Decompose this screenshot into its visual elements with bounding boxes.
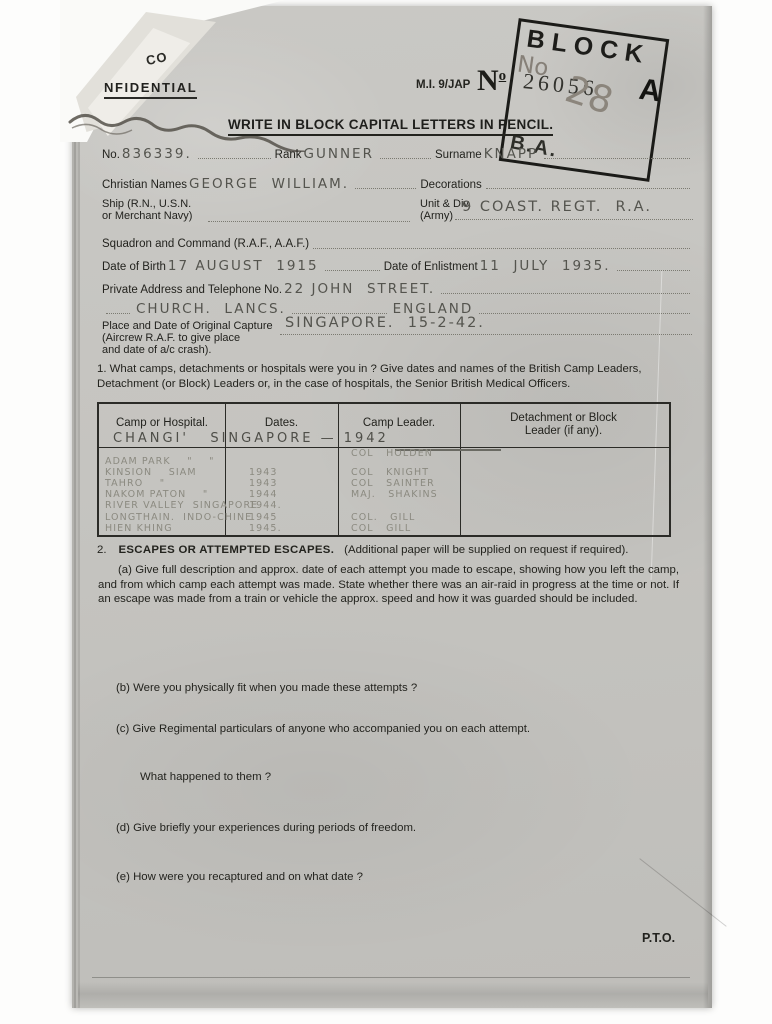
row-number-rank-surname: No. 836339. Rank GUNNER Surname KNAPP bbox=[102, 146, 694, 162]
camp-cell: NAKOM PATON " bbox=[105, 489, 208, 500]
question-1: 1. What camps, detachments or hospitals … bbox=[97, 362, 679, 391]
decorations-label: Decorations bbox=[420, 179, 481, 191]
service-number-value: 836339. bbox=[122, 146, 192, 162]
capture-label-line1: Place and Date of Original Capture bbox=[102, 320, 273, 332]
question-2c-followup: What happened to them ? bbox=[140, 770, 271, 785]
camp-cell: LONGTHAIN. INDO-CHINE bbox=[105, 512, 252, 523]
stamp-letter-a: A bbox=[637, 73, 663, 110]
christian-names-value: GEORGE WILLIAM. bbox=[189, 176, 349, 192]
date-cell: 1944 bbox=[249, 489, 278, 500]
leader-holden: COL HOLDEN bbox=[351, 448, 433, 459]
dotted-rule bbox=[486, 178, 690, 189]
camp-cell: TAHRO " bbox=[105, 478, 165, 489]
row-birth-enlistment: Date of Birth 17 AUGUST 1915 Date of Enl… bbox=[102, 258, 694, 274]
leader-cell: COL. GILL bbox=[351, 512, 415, 523]
dotted-rule bbox=[441, 283, 690, 294]
ship-label-line1: Ship (R.N., U.S.N. bbox=[102, 198, 191, 210]
page-stack-edge-left bbox=[72, 6, 80, 1008]
serial-no-prefix: No bbox=[477, 64, 506, 98]
col-header-camp: Camp or Hospital. bbox=[99, 417, 225, 429]
row-names-decorations: Christian Names GEORGE WILLIAM. Decorati… bbox=[102, 176, 694, 192]
dotted-rule bbox=[355, 178, 416, 189]
bottom-shadow bbox=[78, 982, 708, 1008]
leader-cell: COL GILL bbox=[351, 523, 411, 534]
stamp-pencil-no: No bbox=[516, 51, 551, 81]
camp-cell: KINSION SIAM bbox=[105, 467, 197, 478]
camp-cell: RIVER VALLEY SINGAPORE bbox=[105, 500, 258, 511]
date-cell: 1944. bbox=[249, 500, 282, 511]
squadron-label: Squadron and Command (R.A.F., A.A.F.) bbox=[102, 238, 309, 250]
bottom-crease bbox=[92, 977, 690, 978]
question-2d: (d) Give briefly your experiences during… bbox=[116, 821, 416, 836]
dotted-rule bbox=[106, 303, 130, 314]
confidential-marking: NFIDENTIAL bbox=[104, 80, 197, 99]
date-cell: 1943 bbox=[249, 467, 278, 478]
capture-label-line2: (Aircrew R.A.F. to give place bbox=[102, 332, 240, 344]
col-header-detachment-2: Leader (if any). bbox=[460, 425, 667, 437]
serial-no-n: N bbox=[477, 64, 499, 97]
dotted-rule bbox=[292, 303, 387, 314]
capture-label-line3: and date of a/c crash). bbox=[102, 344, 211, 356]
leader-cell: COL SAINTER bbox=[351, 478, 435, 489]
rank-value: GUNNER bbox=[304, 146, 374, 162]
date-cell: 1945. bbox=[249, 523, 282, 534]
form-reference: M.I. 9/JAP bbox=[416, 79, 470, 91]
surname-label: Surname bbox=[435, 149, 482, 161]
enlistment-label: Date of Enlistment bbox=[384, 261, 478, 273]
date-of-birth-value: 17 AUGUST 1915 bbox=[168, 258, 319, 274]
question-2e: (e) How were you recaptured and on what … bbox=[116, 870, 363, 885]
surname-value: KNAPP bbox=[484, 146, 538, 162]
dotted-rule bbox=[544, 148, 690, 159]
christian-names-label: Christian Names bbox=[102, 179, 187, 191]
dotted-rule bbox=[208, 209, 410, 222]
question-2c: (c) Give Regimental particulars of anyon… bbox=[116, 722, 530, 737]
section-2-heading: 2.ESCAPES OR ATTEMPTED ESCAPES.(Addition… bbox=[97, 543, 679, 558]
question-2b: (b) Were you physically fit when you mad… bbox=[116, 681, 417, 696]
dotted-rule bbox=[325, 260, 380, 271]
date-cell: 1943 bbox=[249, 478, 278, 489]
no-label: No. bbox=[102, 149, 120, 161]
address-line2: CHURCH. LANCS. bbox=[136, 301, 286, 317]
dotted-rule bbox=[479, 303, 690, 314]
dotted-rule bbox=[198, 148, 271, 159]
date-cell: 1945 bbox=[249, 512, 278, 523]
leader-cell: MAJ. SHAKINS bbox=[351, 489, 438, 500]
row-address: Private Address and Telephone No. 22 JOH… bbox=[102, 281, 694, 297]
question-2a: (a) Give full description and approx. da… bbox=[98, 563, 679, 607]
leader-cell: COL KNIGHT bbox=[351, 467, 429, 478]
row-squadron: Squadron and Command (R.A.F., A.A.F.) bbox=[102, 238, 694, 252]
address-line1: 22 JOHN STREET. bbox=[284, 281, 435, 297]
pto-marker: P.T.O. bbox=[642, 931, 675, 945]
form-instruction: WRITE IN BLOCK CAPITAL LETTERS IN PENCIL… bbox=[228, 117, 553, 136]
section-2-number: 2. bbox=[97, 544, 107, 556]
camps-table: Camp or Hospital. Dates. Camp Leader. De… bbox=[97, 402, 671, 537]
col-header-leader: Camp Leader. bbox=[338, 417, 460, 429]
dotted-rule bbox=[455, 207, 693, 220]
dotted-rule bbox=[617, 260, 690, 271]
dotted-rule bbox=[280, 322, 692, 335]
address-label: Private Address and Telephone No. bbox=[102, 284, 282, 296]
page-edge-right bbox=[703, 6, 712, 1008]
enlistment-value: 11 JULY 1935. bbox=[480, 258, 611, 274]
serial-no-o: o bbox=[499, 68, 507, 84]
date-of-birth-label: Date of Birth bbox=[102, 261, 166, 273]
camp-cell: ADAM PARK " " bbox=[105, 456, 215, 467]
rank-label: Rank bbox=[275, 149, 302, 161]
stamp-pencil-number: 28 bbox=[560, 67, 618, 122]
col-header-dates: Dates. bbox=[225, 417, 338, 429]
ship-label-line2: or Merchant Navy) bbox=[102, 210, 192, 222]
scanned-document: CO NFIDENTIAL M.I. 9/JAP No 26056 BLOCK … bbox=[0, 0, 772, 1024]
section-2-note: (Additional paper will be supplied on re… bbox=[344, 544, 628, 556]
dotted-rule bbox=[313, 238, 690, 249]
table-entry-changi: CHANGI' SINGAPORE — 1942 bbox=[113, 431, 389, 446]
unit-label-line2: (Army) bbox=[420, 210, 453, 222]
col-header-detachment-1: Detachment or Block bbox=[460, 412, 667, 424]
camp-cell: HIEN KHING bbox=[105, 523, 173, 534]
dotted-rule bbox=[380, 148, 431, 159]
section-2-title: ESCAPES OR ATTEMPTED ESCAPES. bbox=[119, 544, 335, 556]
